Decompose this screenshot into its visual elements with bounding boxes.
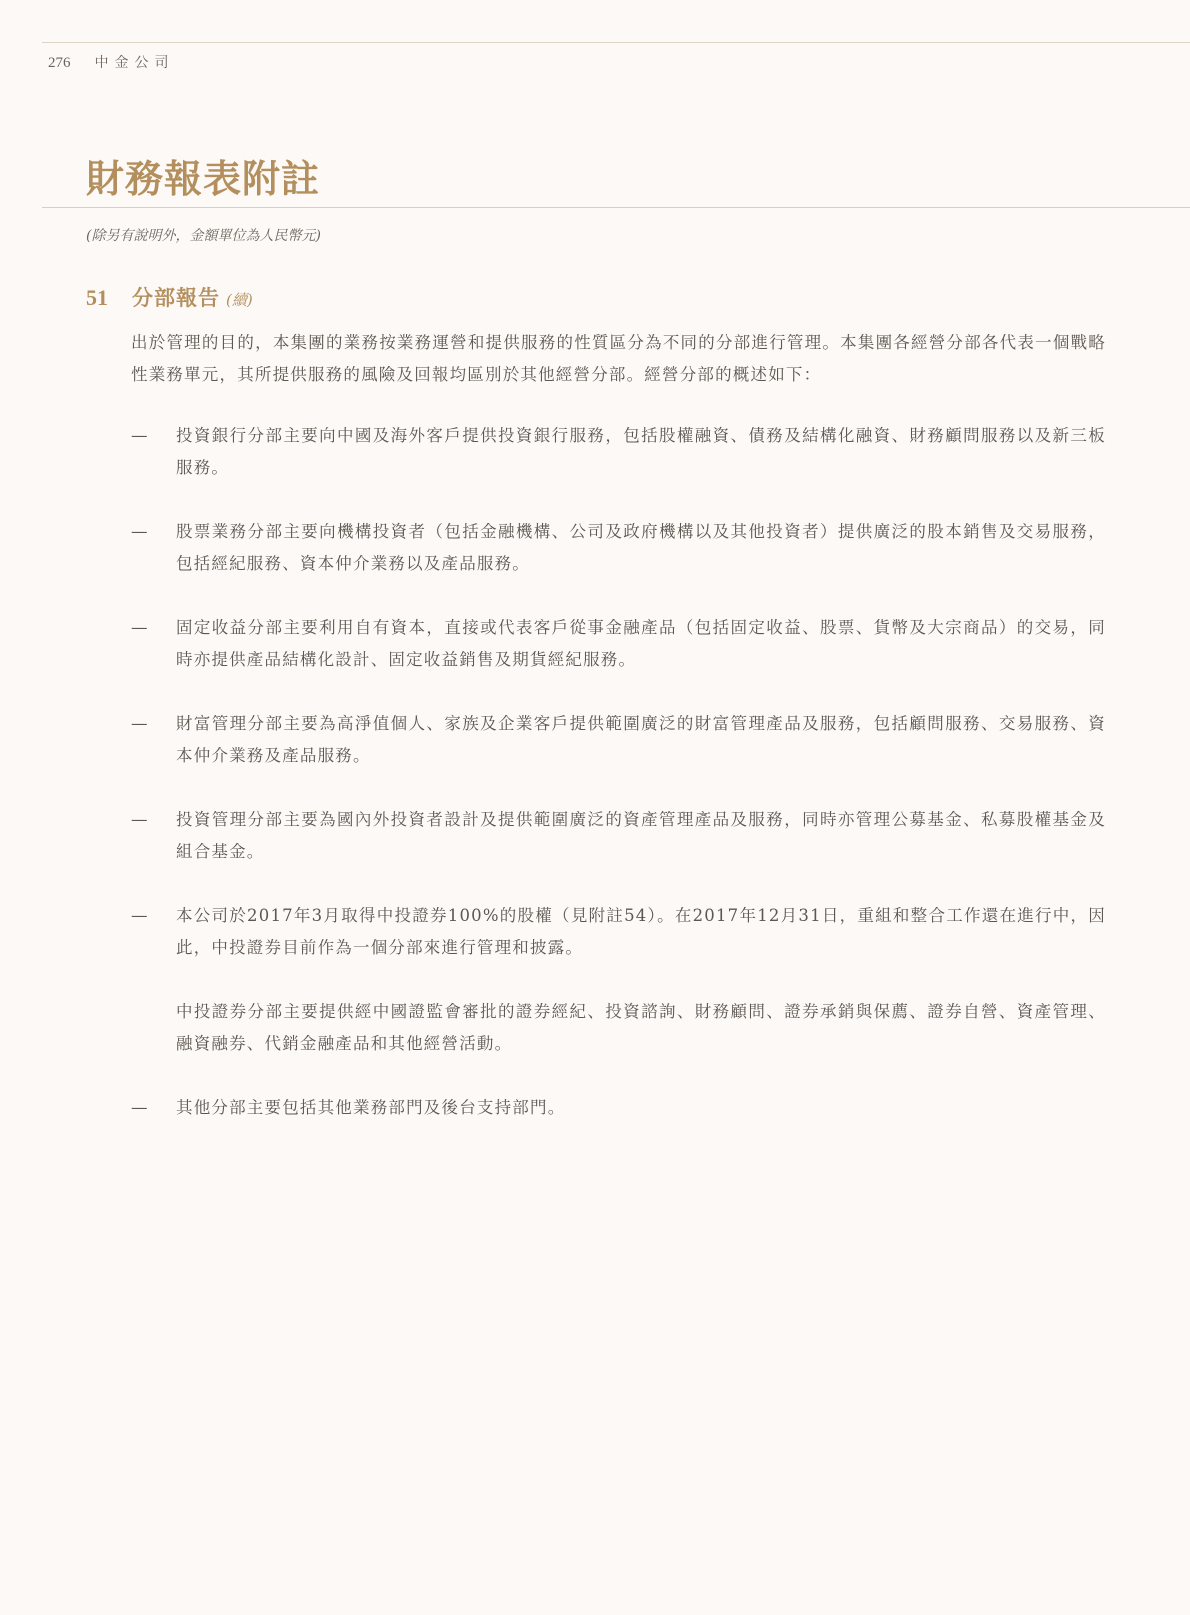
top-divider	[42, 42, 1190, 43]
list-item-investment-banking: — 投資銀行分部主要向中國及海外客戶提供投資銀行服務，包括股權融資、債務及結構化…	[131, 420, 1106, 484]
currency-note: (除另有說明外，金額單位為人民幣元)	[86, 225, 321, 245]
intro-paragraph: 出於管理的目的，本集團的業務按業務運營和提供服務的性質區分為不同的分部進行管理。…	[131, 327, 1106, 391]
page-header: 276 中金公司	[48, 52, 175, 72]
list-item-text: 股票業務分部主要向機構投資者（包括金融機構、公司及政府機構以及其他投資者）提供廣…	[176, 516, 1106, 580]
bullet-dash: —	[131, 1092, 176, 1124]
list-item-cics: — 本公司於2017年3月取得中投證券100%的股權（見附註54）。在2017年…	[131, 900, 1106, 964]
list-item-text: 財富管理分部主要為高淨值個人、家族及企業客戶提供範圍廣泛的財富管理產品及服務，包…	[176, 708, 1106, 772]
list-item-others: — 其他分部主要包括其他業務部門及後台支持部門。	[131, 1092, 1106, 1124]
list-item-text: 其他分部主要包括其他業務部門及後台支持部門。	[176, 1092, 1106, 1124]
section-heading: 51 分部報告 (續)	[86, 282, 253, 312]
list-item-text: 固定收益分部主要利用自有資本，直接或代表客戶從事金融產品（包括固定收益、股票、貨…	[176, 612, 1106, 676]
title-divider	[42, 207, 1190, 208]
list-item-fixed-income: — 固定收益分部主要利用自有資本，直接或代表客戶從事金融產品（包括固定收益、股票…	[131, 612, 1106, 676]
bullet-dash: —	[131, 900, 176, 964]
bullet-dash: —	[131, 804, 176, 868]
company-name: 中金公司	[95, 52, 175, 72]
section-continued: (續)	[226, 289, 253, 310]
bullet-dash: —	[131, 420, 176, 484]
list-item-text: 投資管理分部主要為國內外投資者設計及提供範圍廣泛的資產管理產品及服務，同時亦管理…	[176, 804, 1106, 868]
cics-sub-paragraph: 中投證券分部主要提供經中國證監會審批的證券經紀、投資諮詢、財務顧問、證券承銷與保…	[131, 996, 1106, 1060]
section-number: 51	[86, 285, 132, 311]
list-item-wealth-management: — 財富管理分部主要為高淨值個人、家族及企業客戶提供範圍廣泛的財富管理產品及服務…	[131, 708, 1106, 772]
bullet-dash: —	[131, 708, 176, 772]
segment-list: — 投資銀行分部主要向中國及海外客戶提供投資銀行服務，包括股權融資、債務及結構化…	[131, 420, 1106, 1156]
section-title: 分部報告	[132, 282, 220, 312]
page-number: 276	[48, 55, 71, 72]
list-item-investment-management: — 投資管理分部主要為國內外投資者設計及提供範圍廣泛的資產管理產品及服務，同時亦…	[131, 804, 1106, 868]
list-item-equities: — 股票業務分部主要向機構投資者（包括金融機構、公司及政府機構以及其他投資者）提…	[131, 516, 1106, 580]
page-title: 財務報表附註	[86, 148, 320, 203]
list-item-text: 投資銀行分部主要向中國及海外客戶提供投資銀行服務，包括股權融資、債務及結構化融資…	[176, 420, 1106, 484]
bullet-dash: —	[131, 612, 176, 676]
bullet-dash: —	[131, 516, 176, 580]
list-item-text: 本公司於2017年3月取得中投證券100%的股權（見附註54）。在2017年12…	[176, 900, 1106, 964]
